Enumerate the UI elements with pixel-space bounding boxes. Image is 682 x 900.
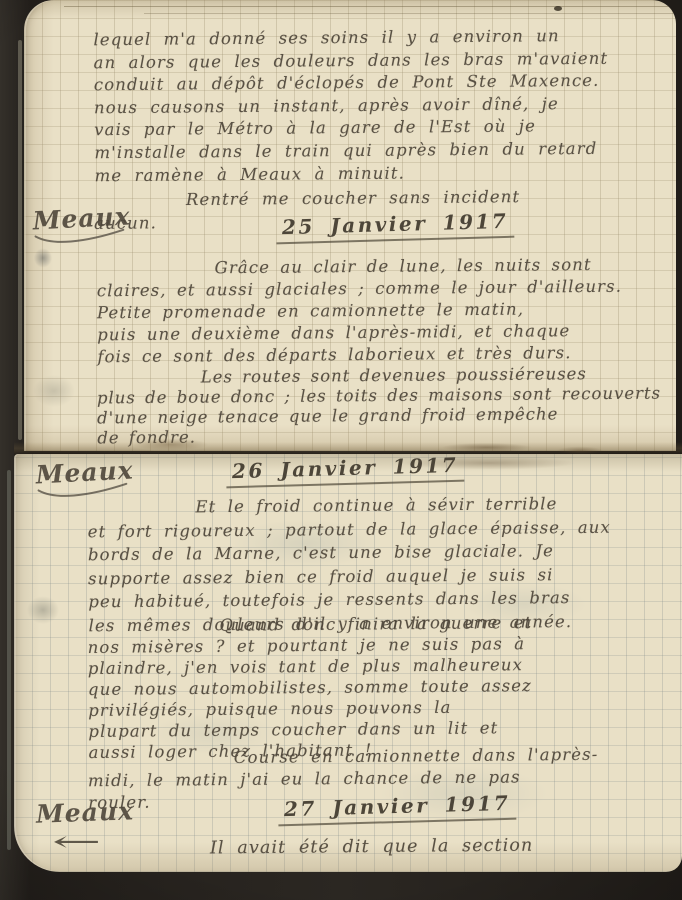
manuscript-line: m'installe dans le train qui après bien … [94, 138, 609, 165]
manuscript-paragraph: Il avait été dit que la section [210, 835, 534, 860]
margin-note-label: Meaux [32, 201, 131, 235]
manuscript-paragraph: lequel m'a donné ses soins il y a enviro… [93, 25, 609, 188]
smudge-stain [30, 244, 56, 272]
manuscript-line: Et le froid continue à sévir terrible [195, 492, 610, 519]
manuscript-paragraph: Quand donc finira la guerre etnos misère… [87, 612, 533, 763]
manuscript-line: Quand donc finira la guerre et [219, 612, 532, 636]
manuscript-line: me ramène à Meaux à minuit. [95, 160, 610, 187]
smudge-stain [24, 368, 84, 414]
manuscript-line: plupart du temps coucher dans un lit et [88, 717, 533, 742]
left-arrow-icon: ← [52, 832, 101, 852]
manuscript-line: Course en camionnette dans l'après- [234, 744, 599, 769]
manuscript-paragraph: Grâce au clair de lune, les nuits sontcl… [97, 254, 623, 369]
manuscript-line: claires, et aussi glaciales ; comme le j… [97, 276, 622, 303]
manuscript-line: Il avait été dit que la section [210, 835, 534, 860]
manuscript-paragraph: Les routes sont devenues poussiéreusespl… [97, 364, 662, 449]
date-heading-25-janvier: 25 Janvier 1917 [276, 209, 515, 245]
date-heading-27-janvier: 27 Janvier 1917 [278, 791, 517, 827]
margin-note-label: Meaux [36, 796, 135, 828]
top-page: lequel m'a donné ses soins il y a enviro… [24, 0, 676, 451]
notebook-photo: lequel m'a donné ses soins il y a enviro… [0, 0, 682, 900]
page-edge-line [64, 6, 676, 7]
bottom-page: Meaux 26 Janvier 1917 Et le froid contin… [14, 454, 682, 872]
margin-note-meaux: Meaux [35, 455, 135, 501]
page-edge-line [144, 13, 676, 14]
page-edge-sheen [18, 40, 22, 440]
margin-note-label: Meaux [35, 455, 134, 489]
date-heading-26-janvier: 26 Janvier 1917 [226, 454, 465, 488]
page-edge-sheen [7, 470, 11, 850]
margin-note-meaux: Meaux [32, 201, 132, 247]
manuscript-line: Rentré me coucher sans incident [186, 185, 521, 211]
margin-note-meaux: Meaux [36, 796, 135, 828]
smudge-stain [20, 590, 66, 630]
manuscript-line: que nous automobilistes, somme toute ass… [88, 675, 533, 700]
